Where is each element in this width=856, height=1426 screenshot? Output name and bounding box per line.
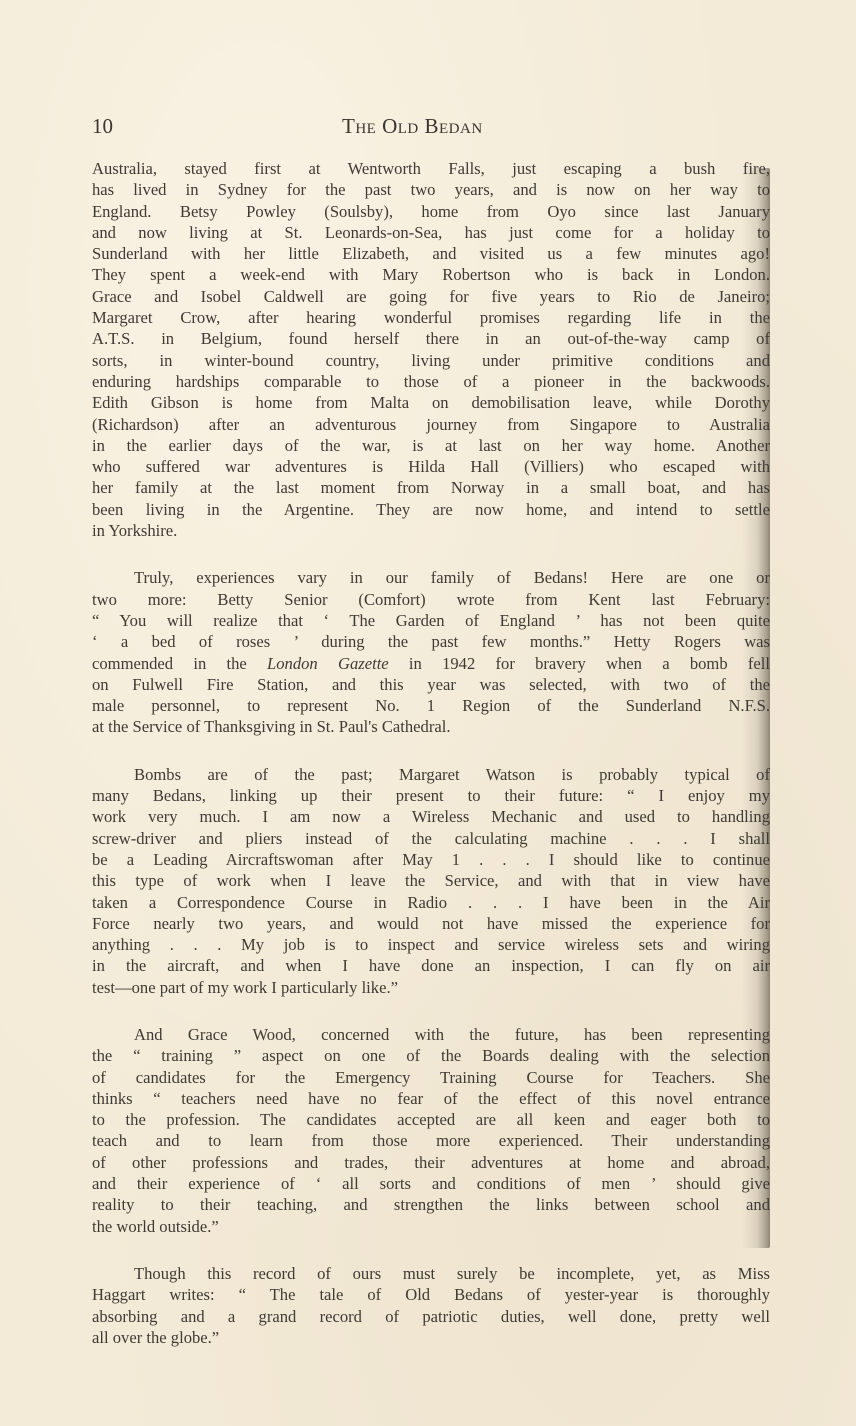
text-line: in the earlier days of the war, is at la… bbox=[92, 435, 770, 456]
text-line: many Bedans, linking up their present to… bbox=[92, 785, 770, 806]
text-line: Margaret Crow, after hearing wonderful p… bbox=[92, 307, 770, 328]
text-line: be a Leading Aircraftswoman after May 1 … bbox=[92, 849, 770, 870]
text-line: this type of work when I leave the Servi… bbox=[92, 870, 770, 891]
text-line: on Fulwell Fire Station, and this year w… bbox=[92, 674, 770, 695]
text-line: Grace and Isobel Caldwell are going for … bbox=[92, 286, 770, 307]
text-line: “ You will realize that ‘ The Garden of … bbox=[92, 610, 770, 631]
text-line: (Richardson) after an adventurous journe… bbox=[92, 414, 770, 435]
text-line: of candidates for the Emergency Training… bbox=[92, 1067, 770, 1088]
paragraph-4: And Grace Wood, concerned with the futur… bbox=[92, 1024, 770, 1237]
text-line: at the Service of Thanksgiving in St. Pa… bbox=[92, 716, 770, 737]
text-line: reality to their teaching, and strengthe… bbox=[92, 1194, 770, 1215]
paragraph-5: Though this record of ours must surely b… bbox=[92, 1263, 770, 1348]
text-line: Australia, stayed first at Wentworth Fal… bbox=[92, 158, 770, 179]
text-line: ‘ a bed of roses ’ during the past few m… bbox=[92, 631, 770, 652]
paragraph-3: Bombs are of the past; Margaret Watson i… bbox=[92, 764, 770, 998]
text-line: taken a Correspondence Course in Radio .… bbox=[92, 892, 770, 913]
text-line: who suffered war adventures is Hilda Hal… bbox=[92, 456, 770, 477]
text-line: England. Betsy Powley (Soulsby), home fr… bbox=[92, 201, 770, 222]
text-line: two more: Betty Senior (Comfort) wrote f… bbox=[92, 589, 770, 610]
text-line: and their experience of ‘ all sorts and … bbox=[92, 1173, 770, 1194]
text-line: Though this record of ours must surely b… bbox=[92, 1263, 770, 1284]
text-line: all over the globe.” bbox=[92, 1327, 770, 1348]
paragraph-1: Australia, stayed first at Wentworth Fal… bbox=[92, 158, 770, 541]
text-line: Truly, experiences vary in our family of… bbox=[92, 567, 770, 588]
text-line: thinks “ teachers need have no fear of t… bbox=[92, 1088, 770, 1109]
text-line: and now living at St. Leonards-on-Sea, h… bbox=[92, 222, 770, 243]
paragraph-2: Truly, experiences vary in our family of… bbox=[92, 567, 770, 737]
text-line: been living in the Argentine. They are n… bbox=[92, 499, 770, 520]
text-line: teach and to learn from those more exper… bbox=[92, 1130, 770, 1151]
italic-title: London Gazette bbox=[267, 654, 389, 673]
text-line: has lived in Sydney for the past two yea… bbox=[92, 179, 770, 200]
text-line: male personnel, to represent No. 1 Regio… bbox=[92, 695, 770, 716]
text-line: Haggart writes: “ The tale of Old Bedans… bbox=[92, 1284, 770, 1305]
text-line: in Yorkshire. bbox=[92, 520, 770, 541]
text-line: They spent a week-end with Mary Robertso… bbox=[92, 264, 770, 285]
text-line: anything . . . My job is to inspect and … bbox=[92, 934, 770, 955]
text-line: Force nearly two years, and would not ha… bbox=[92, 913, 770, 934]
text-line: in the aircraft, and when I have done an… bbox=[92, 955, 770, 976]
text-line: absorbing and a grand record of patrioti… bbox=[92, 1306, 770, 1327]
text-line: commended in the London Gazette in 1942 … bbox=[92, 653, 770, 674]
text-line: test—one part of my work I particularly … bbox=[92, 977, 770, 998]
text-line: A.T.S. in Belgium, found herself there i… bbox=[92, 328, 770, 349]
text-line: to the profession. The candidates accept… bbox=[92, 1109, 770, 1130]
text-line: her family at the last moment from Norwa… bbox=[92, 477, 770, 498]
text-line: enduring hardships comparable to those o… bbox=[92, 371, 770, 392]
text-line: Bombs are of the past; Margaret Watson i… bbox=[92, 764, 770, 785]
text-line: Edith Gibson is home from Malta on demob… bbox=[92, 392, 770, 413]
page-number: 10 bbox=[92, 114, 113, 139]
text-line: work very much. I am now a Wireless Mech… bbox=[92, 806, 770, 827]
article-body: Australia, stayed first at Wentworth Fal… bbox=[92, 158, 774, 1374]
text-line: the world outside.” bbox=[92, 1216, 770, 1237]
text-line: sorts, in winter-bound country, living u… bbox=[92, 350, 770, 371]
text-line: of other professions and trades, their a… bbox=[92, 1152, 770, 1173]
running-head: 10 The Old Bedan bbox=[92, 112, 772, 142]
text-line: And Grace Wood, concerned with the futur… bbox=[92, 1024, 770, 1045]
text-line: the “ training ” aspect on one of the Bo… bbox=[92, 1045, 770, 1066]
journal-title: The Old Bedan bbox=[342, 114, 483, 139]
text-line: screw-driver and pliers instead of the c… bbox=[92, 828, 770, 849]
text-line: Sunderland with her little Elizabeth, an… bbox=[92, 243, 770, 264]
